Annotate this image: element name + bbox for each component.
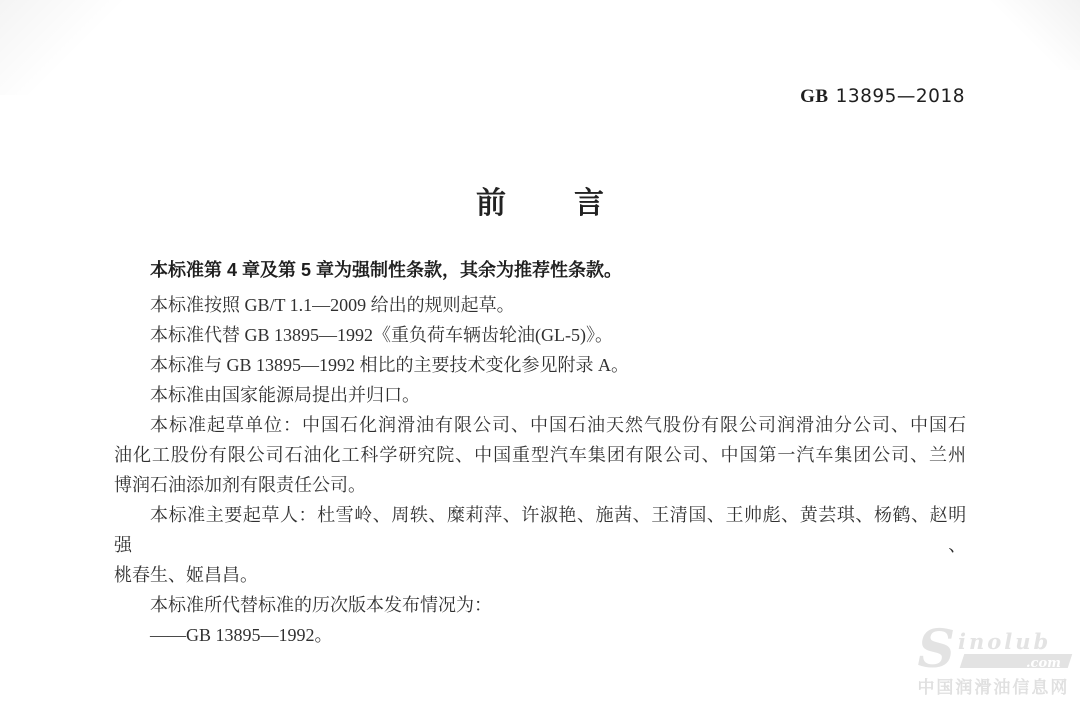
paragraph-technical-changes: 本标准与 GB 13895—1992 相比的主要技术变化参见附录 A。 xyxy=(114,350,966,380)
paragraph-main-drafters: 本标准主要起草人：杜雪岭、周轶、糜莉萍、许淑艳、施茜、王清国、王帅彪、黄芸琪、杨… xyxy=(114,500,966,590)
text-line: 本标准按照 GB/T 1.1—2009 给出的规则起草。 xyxy=(114,290,966,320)
text-line: 本标准第 4 章及第 5 章为强制性条款，其余为推荐性条款。 xyxy=(114,255,966,285)
text-line: 本标准代替 GB 13895—1992《重负荷车辆齿轮油(GL-5)》。 xyxy=(114,320,966,350)
text-line: 本标准由国家能源局提出并归口。 xyxy=(114,380,966,410)
text-line: 桃春生、姬昌昌。 xyxy=(114,560,966,590)
text-line: ——GB 13895—1992。 xyxy=(114,620,966,650)
foreword-body: 本标准第 4 章及第 5 章为强制性条款，其余为推荐性条款。 本标准按照 GB/… xyxy=(114,255,966,650)
text-line: 本标准与 GB 13895—1992 相比的主要技术变化参见附录 A。 xyxy=(114,350,966,380)
paragraph-previous-editions-intro: 本标准所代替标准的历次版本发布情况为： xyxy=(114,590,966,620)
paragraph-drafting-organizations: 本标准起草单位：中国石化润滑油有限公司、中国石油天然气股份有限公司润滑油分公司、… xyxy=(114,410,966,500)
paragraph-mandatory-clauses: 本标准第 4 章及第 5 章为强制性条款，其余为推荐性条款。 xyxy=(114,255,966,285)
sinolub-logo-s-glyph: S xyxy=(917,630,955,670)
paragraph-drafting-rules: 本标准按照 GB/T 1.1—2009 给出的规则起草。 xyxy=(114,290,966,320)
sinolub-logo-domain: .com xyxy=(1026,657,1061,671)
sinolub-logo: S inolub .com xyxy=(917,630,1070,670)
text-line: 油化工股份有限公司石油化工科学研究院、中国重型汽车集团有限公司、中国第一汽车集团… xyxy=(114,440,966,470)
sinolub-logo-domain-bar: .com xyxy=(960,654,1073,668)
page-title: 前言 xyxy=(0,178,1080,222)
text-line: 本标准起草单位：中国石化润滑油有限公司、中国石油天然气股份有限公司润滑油分公司、… xyxy=(114,410,966,440)
paragraph-replaces-standard: 本标准代替 GB 13895—1992《重负荷车辆齿轮油(GL-5)》。 xyxy=(114,320,966,350)
page-title-char-2: 言 xyxy=(574,187,604,220)
document-page: GB13895—2018 前言 本标准第 4 章及第 5 章为强制性条款，其余为… xyxy=(0,0,1080,706)
sinolub-site-name: 中国润滑油信息网 xyxy=(917,673,1070,698)
sinolub-watermark: S inolub .com 中国润滑油信息网 xyxy=(917,630,1070,698)
page-title-char-1: 前 xyxy=(476,187,506,220)
text-line: 本标准主要起草人：杜雪岭、周轶、糜莉萍、许淑艳、施茜、王清国、王帅彪、黄芸琪、杨… xyxy=(114,500,966,560)
standard-number-prefix: GB xyxy=(800,86,828,107)
text-line: 博润石油添加剂有限责任公司。 xyxy=(114,470,966,500)
standard-number-value: 13895—2018 xyxy=(836,86,965,107)
standard-number: GB13895—2018 xyxy=(800,86,965,108)
paragraph-previous-edition-item: ——GB 13895—1992。 xyxy=(114,620,966,650)
sinolub-logo-wordmark: inolub xyxy=(958,632,1070,652)
paragraph-proposed-by: 本标准由国家能源局提出并归口。 xyxy=(114,380,966,410)
text-line: 本标准所代替标准的历次版本发布情况为： xyxy=(114,590,966,620)
